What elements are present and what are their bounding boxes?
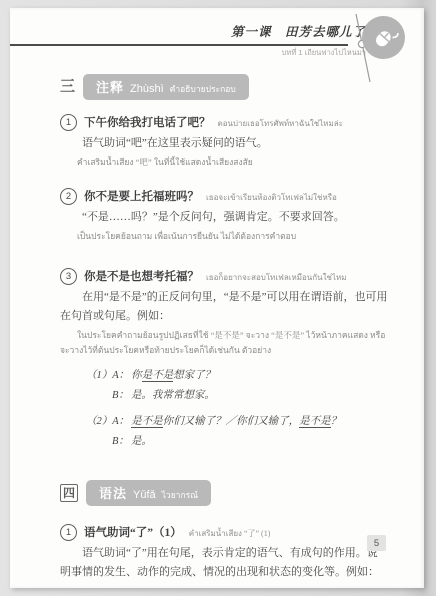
example-text: 是。我常常想家。 (131, 386, 215, 406)
badge-pinyin: Zhùshì (130, 83, 164, 95)
grammar-point-zh: 语气助词“了”（1） (84, 524, 182, 540)
example-line: B： 是。 (86, 432, 388, 452)
note-item-3: 3 你是不是也想考托福？ เธอก็อยากจะสอบโทเฟลเหมือนกั… (60, 268, 388, 285)
badge-thai: ไวยากรณ์ (162, 488, 198, 502)
note-sentence-thai: ตอนบ่ายเธอโทรศัพท์หาฉันใช่ไหมล่ะ (218, 117, 343, 130)
book-page: 第一课 田芳去哪儿了 บทที่ 1 เถียนฟางไปไหนมา 三 注释 … (10, 8, 424, 588)
note-explanation-zh: 语气助词“吧”在这里表示疑问的语气。 (60, 134, 388, 153)
section-number: 三 (60, 78, 75, 96)
example-line: （2） A： 是不是你们又输了？／你们又输了，是不是？ (86, 412, 388, 432)
note-sentence-zh: 你不是要上托福班吗？ (84, 188, 199, 204)
example-label: （2） (86, 412, 112, 432)
speaker-label: A： (112, 366, 129, 386)
example-label (86, 432, 112, 452)
example-line: B： 是。我常常想家。 (86, 386, 388, 406)
speaker-label: A： (112, 412, 129, 432)
section-badge-notes: 注释 Zhùshì คำอธิบายประกอบ (83, 74, 249, 100)
speaker-label: B： (112, 386, 129, 406)
note-sentence-zh: 你是不是也想考托福？ (84, 268, 199, 284)
page-content: 三 注释 Zhùshì คำอธิบายประกอบ 1 下午你给我打电话了吧？… (60, 74, 388, 582)
note-sentence-zh: 下午你给我打电话了吧？ (84, 114, 211, 130)
grammar-explanation-zh: 语气助词“了”用在句尾，表示肯定的语气、有成句的作用。说明事情的发生、动作的完成… (60, 544, 388, 582)
section-badge-grammar: 语法 Yǔfǎ ไวยากรณ์ (86, 480, 211, 506)
section-notes-header: 三 注释 Zhùshì คำอธิบายประกอบ (60, 74, 388, 100)
note-explanation-thai: ในประโยคคำถามย้อนรูปปฏิเสธที่ใช้ “是不是” จ… (60, 328, 388, 358)
note-explanation-thai: คำเสริมน้ำเสียง “吧” ในที่นี้ใช้แสดงน้ำเส… (60, 155, 388, 170)
item-number-circle: 1 (60, 114, 77, 131)
grammar-point-thai: คำเสริมน้ำเสียง “了” (1) (189, 527, 271, 540)
badge-title-zh: 语法 (99, 483, 127, 502)
example-text: 是不是你们又输了？／你们又输了，是不是？ (131, 412, 341, 432)
example-text: 你是不是想家了？ (131, 366, 215, 386)
item-number-circle: 2 (60, 188, 77, 205)
badge-thai: คำอธิบายประกอบ (170, 82, 236, 96)
section-grammar-header: 四 语法 Yǔfǎ ไวยากรณ์ (60, 480, 388, 506)
note-sentence-thai: เธอก็อยากจะสอบโทเฟลเหมือนกันใช่ไหม (206, 271, 347, 284)
example-label (86, 386, 112, 406)
section-number: 四 (60, 484, 78, 502)
example-line: （1） A： 你是不是想家了？ (86, 366, 388, 386)
speaker-label: B： (112, 432, 129, 452)
grammar-item-1: 1 语气助词“了”（1） คำเสริมน้ำเสียง “了” (1) (60, 524, 388, 541)
example-label: （1） (86, 366, 112, 386)
note-explanation-thai: เป็นประโยคย้อนถาม เพื่อเน้นการยืนยัน ไม่… (60, 229, 388, 244)
badge-pinyin: Yǔfǎ (133, 489, 156, 501)
example-text: 是。 (131, 432, 152, 452)
badge-title-zh: 注释 (96, 77, 124, 96)
note-item-2: 2 你不是要上托福班吗？ เธอจะเข้าเรียนห้องติวโทเฟลไ… (60, 188, 388, 205)
example-dialogues: （1） A： 你是不是想家了？ B： 是。我常常想家。 （2） A： 是不是你们… (86, 366, 388, 452)
note-explanation-zh: “不是……吗？”是个反问句，强调肯定。不要求回答。 (60, 208, 388, 227)
note-sentence-thai: เธอจะเข้าเรียนห้องติวโทเฟลไม่ใช่หรือ (206, 191, 337, 204)
note-explanation-zh: 在用“是不是”的正反问句里，“是不是”可以用在谓语前，也可用在句首或句尾。例如： (60, 288, 388, 326)
note-item-1: 1 下午你给我打电话了吧？ ตอนบ่ายเธอโทรศัพท์หาฉันใช่… (60, 114, 388, 131)
mouse-icon (362, 16, 405, 59)
item-number-circle: 1 (60, 524, 77, 541)
page-number: 5 (367, 535, 386, 551)
item-number-circle: 3 (60, 268, 77, 285)
